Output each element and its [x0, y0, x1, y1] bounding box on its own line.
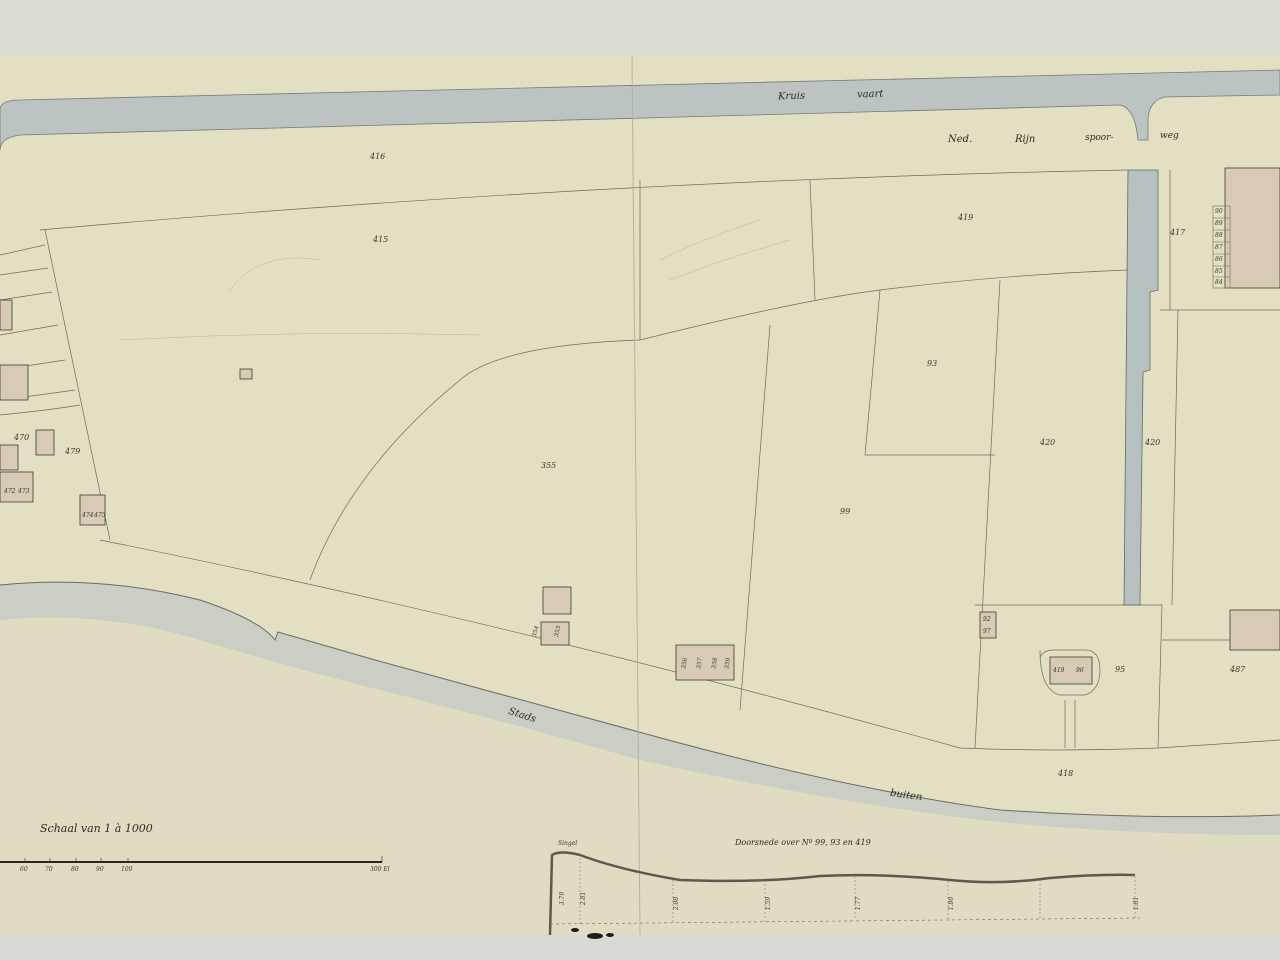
parcel-95: 95 [1115, 665, 1125, 674]
height-2: 2.81 [580, 892, 587, 905]
parcel-487: 487 [1230, 665, 1245, 674]
block-number-90: 90 [1215, 208, 1223, 215]
block-number-84: 84 [1215, 279, 1223, 286]
label-kruis: Kruis [778, 91, 805, 103]
scale-tick-70: 70 [45, 866, 53, 873]
height-6: 1.80 [948, 897, 955, 910]
label-ned: Ned. [948, 134, 972, 145]
parcel-475: 475 [94, 512, 105, 519]
block-number-89: 89 [1215, 220, 1223, 227]
scale-title: Schaal van 1 à 1000 [40, 822, 153, 835]
parcel-97: 97 [983, 628, 991, 635]
pencil-sketch [120, 220, 790, 340]
label-spoor: spoor- [1085, 133, 1114, 143]
parcel-474: 474 [82, 512, 93, 519]
parcel-470: 470 [14, 433, 29, 442]
block-number-85: 85 [1215, 268, 1223, 275]
parcel-420-left: 420 [1040, 438, 1055, 447]
scale-tick-80: 80 [71, 866, 79, 873]
parcel-415: 415 [373, 235, 388, 244]
scale-end-label: 300 El [370, 866, 390, 873]
parcel-92: 92 [983, 616, 991, 623]
height-5: 1.77 [855, 897, 862, 910]
scale-tick-100: 100 [121, 866, 132, 873]
height-3: 2.08 [673, 897, 680, 910]
block-number-87: 87 [1215, 244, 1223, 251]
height-7: 1.81 [1133, 897, 1140, 910]
parcel-99: 99 [840, 507, 850, 516]
cross-section-singel: Singel [558, 840, 577, 847]
label-weg: weg [1160, 131, 1179, 141]
parcel-416: 416 [370, 152, 385, 161]
parcel-419-house: 419 [1053, 667, 1064, 674]
parcel-420-right: 420 [1145, 438, 1160, 447]
parcel-355: 355 [541, 461, 556, 470]
label-rijn: Rijn [1015, 134, 1035, 145]
parcel-418: 418 [1058, 769, 1073, 778]
parcel-472: 472 [4, 488, 15, 495]
cadastral-map-drawing [0, 0, 1280, 960]
parcel-417: 417 [1170, 228, 1185, 237]
height-4: 1.59 [765, 897, 772, 910]
parcel-473: 473 [18, 488, 29, 495]
scale-tick-60: 60 [20, 866, 28, 873]
parcel-96: 96 [1076, 667, 1084, 674]
cross-section-title: Doorsnede over Nº 99, 93 en 419 [735, 838, 871, 847]
parcel-419: 419 [958, 213, 973, 222]
height-1: 3.79 [559, 892, 566, 905]
parcel-479: 479 [65, 447, 80, 456]
parcel-93: 93 [927, 359, 937, 368]
label-vaart: vaart [857, 89, 884, 101]
canal-side [1124, 170, 1158, 605]
block-number-86: 86 [1215, 256, 1223, 263]
scale-tick-90: 90 [96, 866, 104, 873]
block-number-88: 88 [1215, 232, 1223, 239]
